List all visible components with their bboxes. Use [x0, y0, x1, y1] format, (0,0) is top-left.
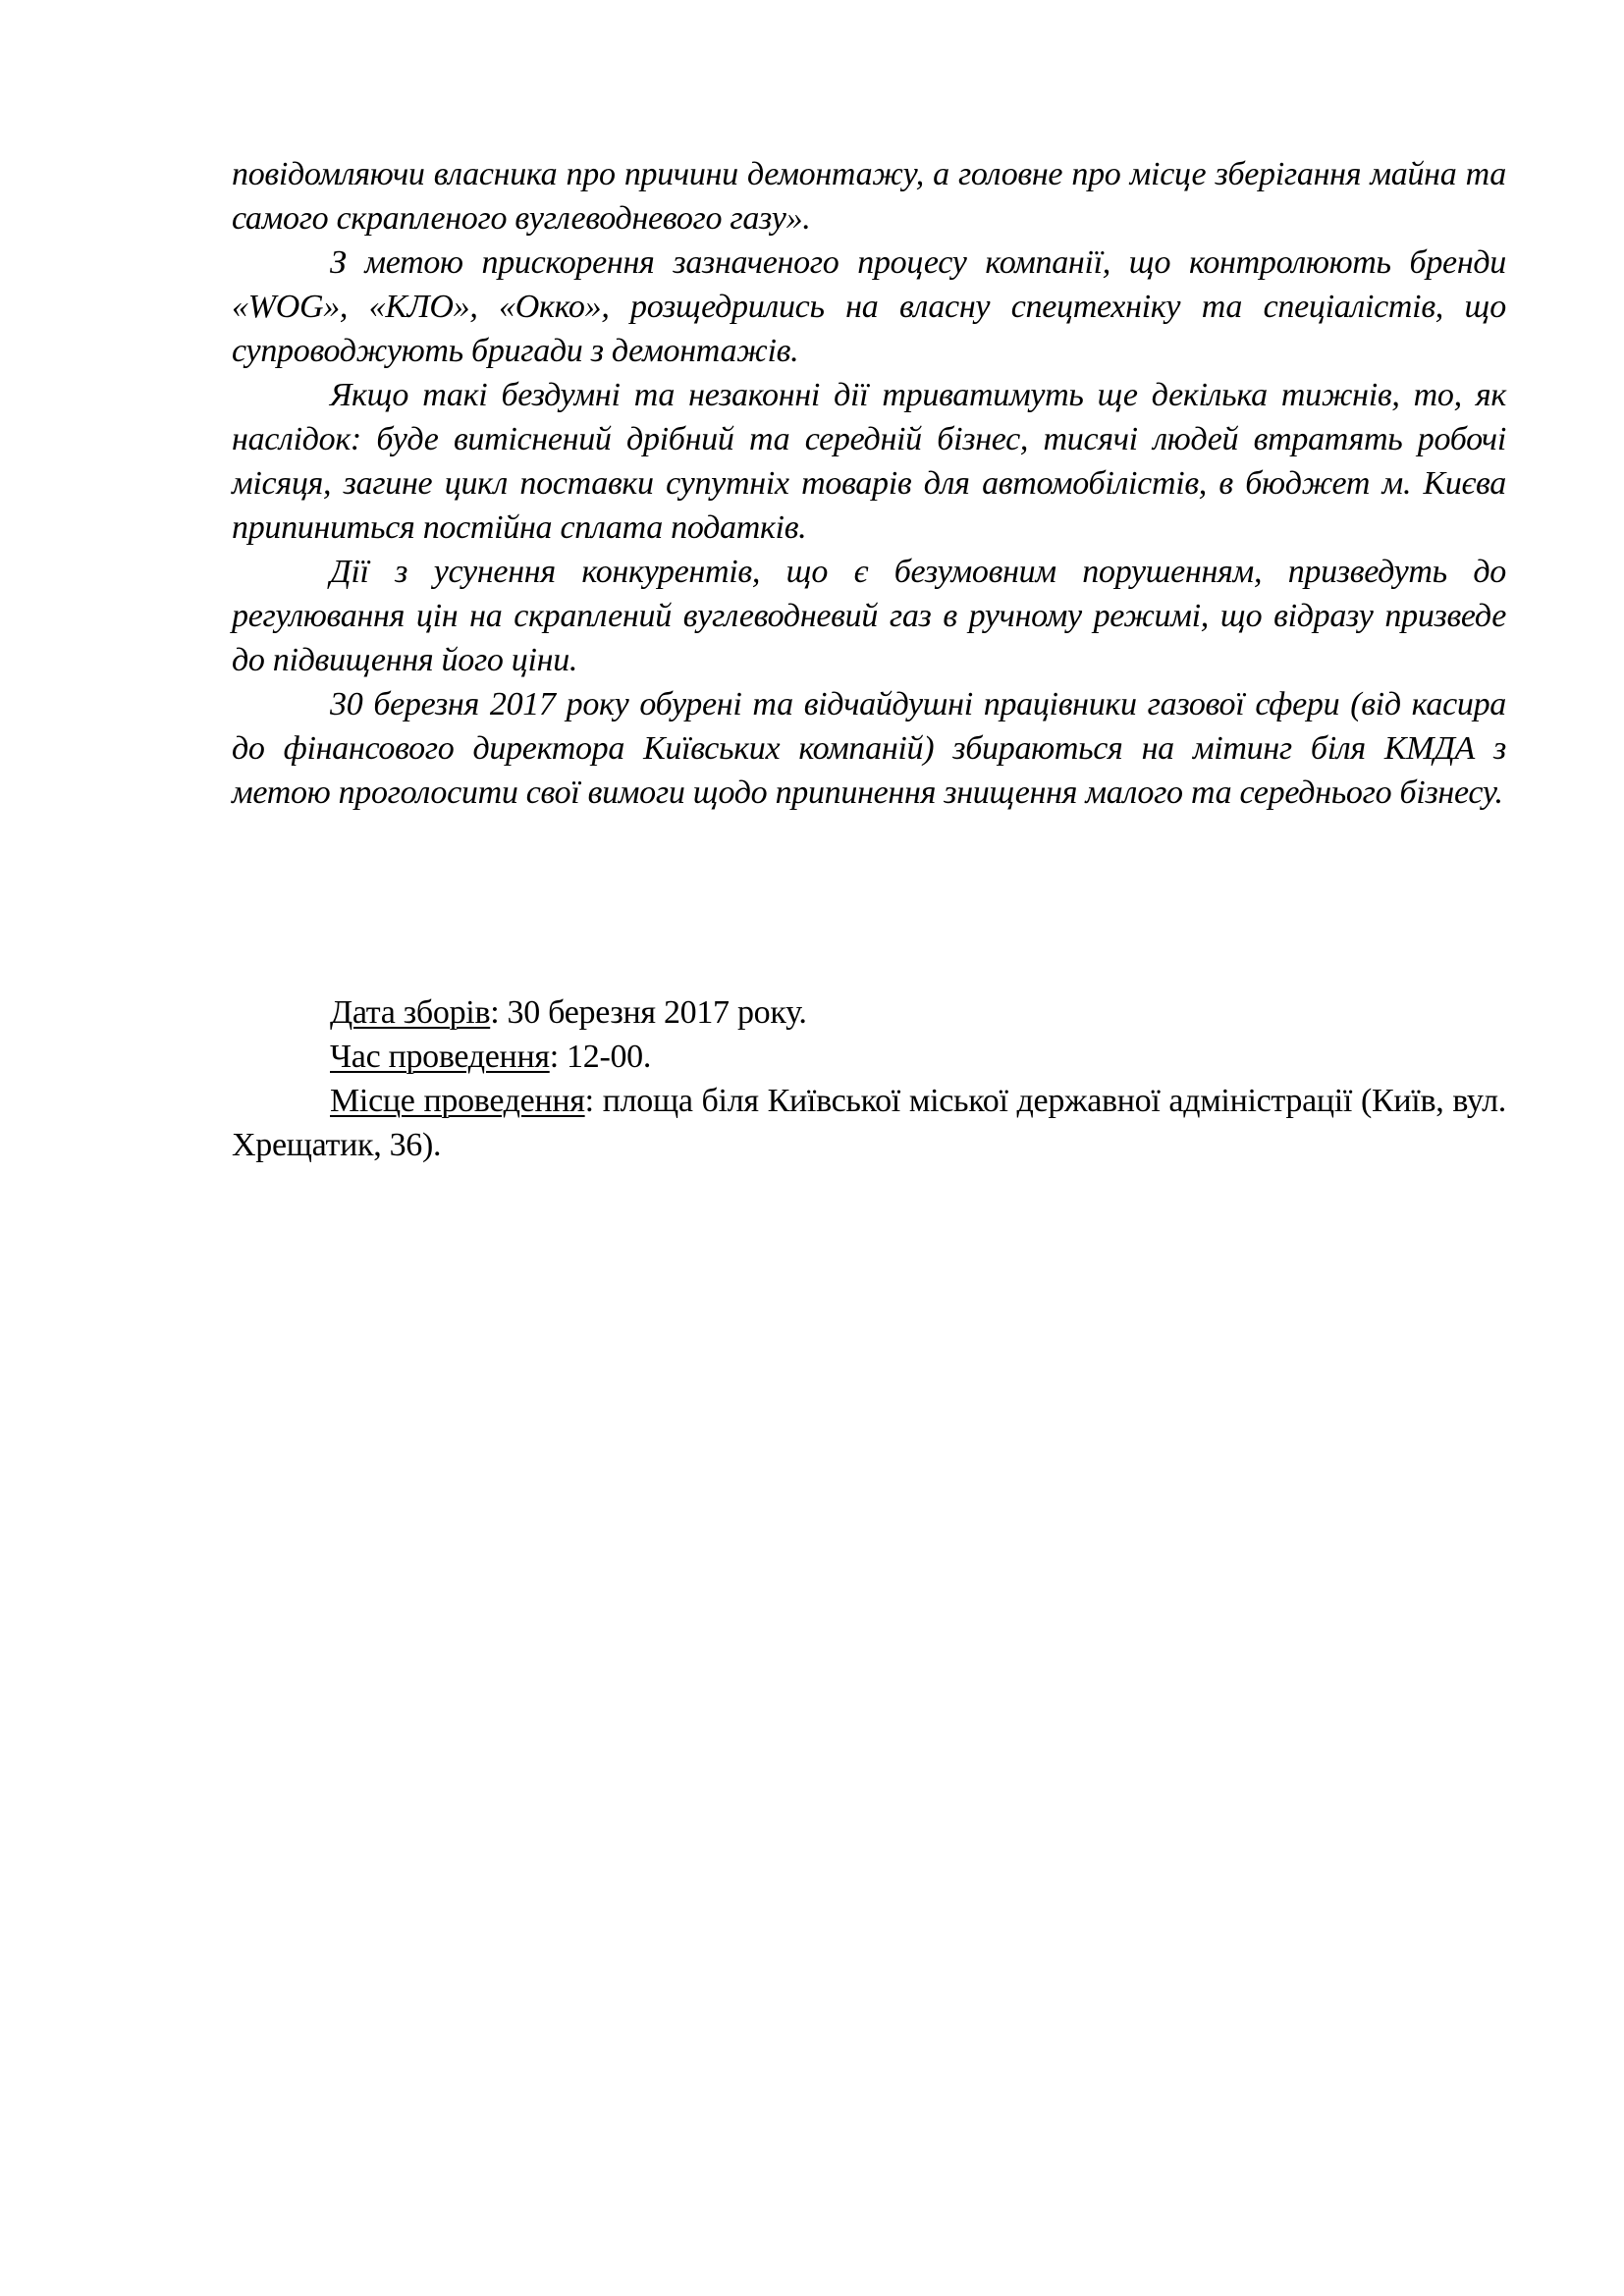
- event-place: Місце проведення: площа біля Київської м…: [232, 1079, 1506, 1167]
- event-date-value: : 30 березня 2017 року.: [490, 994, 806, 1031]
- paragraph-price-regulation: Дії з усунення конкурентів, що є безумов…: [232, 550, 1506, 682]
- event-time: Час проведення: 12-00.: [232, 1035, 1506, 1079]
- event-details: Дата зборів: 30 березня 2017 року. Час п…: [232, 990, 1506, 1167]
- paragraph-companies: З метою прискорення зазначеного процесу …: [232, 240, 1506, 373]
- document-page: повідомляючи власника про причини демонт…: [0, 0, 1624, 2296]
- paragraph-rally-announcement: 30 березня 2017 року обурені та відчайду…: [232, 682, 1506, 815]
- event-date: Дата зборів: 30 березня 2017 року.: [232, 990, 1506, 1035]
- event-time-value: : 12-00.: [550, 1039, 651, 1075]
- paragraph-consequences: Якщо такі бездумні та незаконні дії трив…: [232, 373, 1506, 550]
- event-time-label: Час проведення: [330, 1039, 550, 1075]
- paragraph-notification: повідомляючи власника про причини демонт…: [232, 152, 1506, 240]
- event-date-label: Дата зборів: [330, 994, 490, 1031]
- event-place-label: Місце проведення: [330, 1083, 585, 1119]
- body-text: повідомляючи власника про причини демонт…: [232, 152, 1506, 815]
